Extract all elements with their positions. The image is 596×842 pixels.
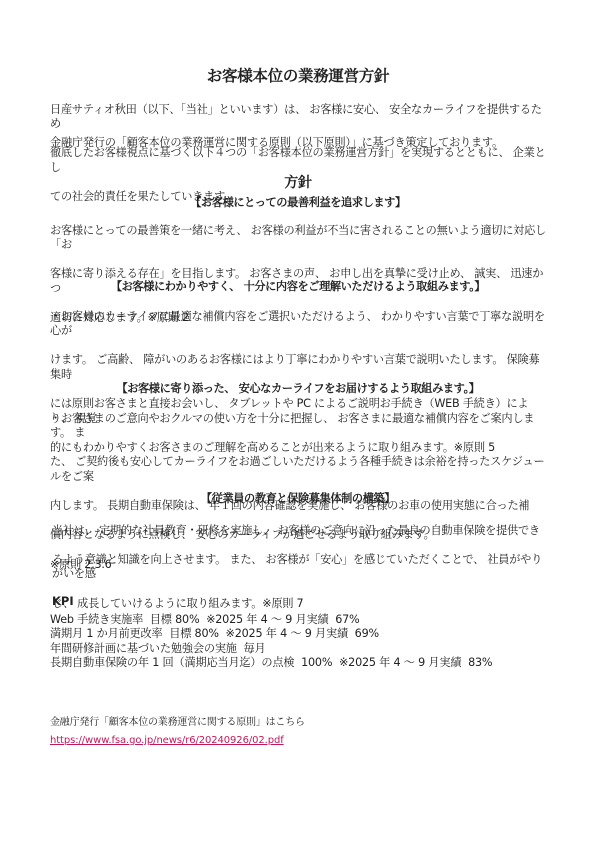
section-heading-best-interest: 【お客様にとっての最善利益を追求します】 bbox=[0, 194, 596, 210]
section-line: ・お客さまのご意向やおクルマの使い方を十分に把握し、 お客さまに最適な補償内容を… bbox=[50, 412, 550, 441]
kpi-item-annual-inspection: 長期自動車保険の年 1 回（満期応当月迄）の点検 100% ※2025 年 4 … bbox=[50, 656, 570, 670]
policy-heading: 方針 bbox=[0, 172, 596, 192]
document-page: お客様本位の業務運営方針 日産サティオ秋田（以下、「当社」といいます）は、 お客… bbox=[0, 0, 596, 842]
section-line: じ、 成長していけるように取り組みます。※原則 7 bbox=[52, 597, 552, 612]
kpi-item-study-sessions: 年間研修計画に基づいた勉強会の実施 毎月 bbox=[50, 642, 570, 656]
fsa-principles-link[interactable]: https://www.fsa.go.jp/news/r6/20240926/0… bbox=[50, 734, 284, 748]
fsa-principles-note: 金融庁発行「顧客本位の業務運営に関する原則」はこちら bbox=[50, 716, 305, 730]
section-line: ・お客様のカーライフに最適な補償内容をご選択いただけるよう、 わかりやすい言葉で… bbox=[50, 310, 550, 339]
page-title: お客様本位の業務運営方針 bbox=[0, 64, 596, 86]
section-heading-staff-education: 【従業員の教育と保険募集体制の構築】 bbox=[0, 490, 596, 506]
section-line: るよう意識と知識を向上させます。 また、 お客様が「安心」を感じていただくことで… bbox=[52, 553, 552, 582]
section-body-staff-education: 当社は、 定期的な社員教育・研修を実施し、 お客様のご意向に沿った最良の自動車保… bbox=[52, 509, 552, 626]
kpi-list: Web 手続き実施率 目標 80% ※2025 年 4 ～ 9 月実績 67% … bbox=[50, 613, 570, 671]
basis-statement: 金融庁発行の「顧客本位の業務運営に関する原則（以下原則）」に基づき策定しておりま… bbox=[50, 136, 550, 151]
section-line: けます。 ご高齢、 障がいのあるお客様にはより丁寧にわかりやすい言葉で説明いたし… bbox=[50, 353, 550, 382]
section-heading-clear-explanation: 【お客様にわかりやすく、 十分に内容をご理解いただけるよう取組みます。】 bbox=[0, 278, 596, 294]
kpi-item-web-procedure-rate: Web 手続き実施率 目標 80% ※2025 年 4 ～ 9 月実績 67% bbox=[50, 613, 570, 627]
section-line: た、 ご契約後も安心してカーライフをお過ごしいただけるよう各種手続きは余裕を持っ… bbox=[50, 455, 550, 484]
kpi-title: KPI bbox=[52, 594, 74, 608]
intro-line: 日産サティオ秋田（以下、「当社」といいます）は、 お客様に安心、 安全なカーライ… bbox=[50, 103, 550, 132]
section-heading-safe-carlife: 【お客様に寄り添った、 安心なカーライフをお届けするよう取組みます。】 bbox=[0, 380, 596, 396]
section-line: お客様にとっての最善策を一緒に考え、 お客様の利益が不当に害されることの無いよう… bbox=[50, 224, 550, 253]
section-line: 当社は、 定期的な社員教育・研修を実施し、 お客様のご意向に沿った最良の自動車保… bbox=[52, 524, 552, 539]
kpi-item-renewal-rate: 満期月 1 か月前更改率 目標 80% ※2025 年 4 ～ 9 月実績 69… bbox=[50, 627, 570, 641]
